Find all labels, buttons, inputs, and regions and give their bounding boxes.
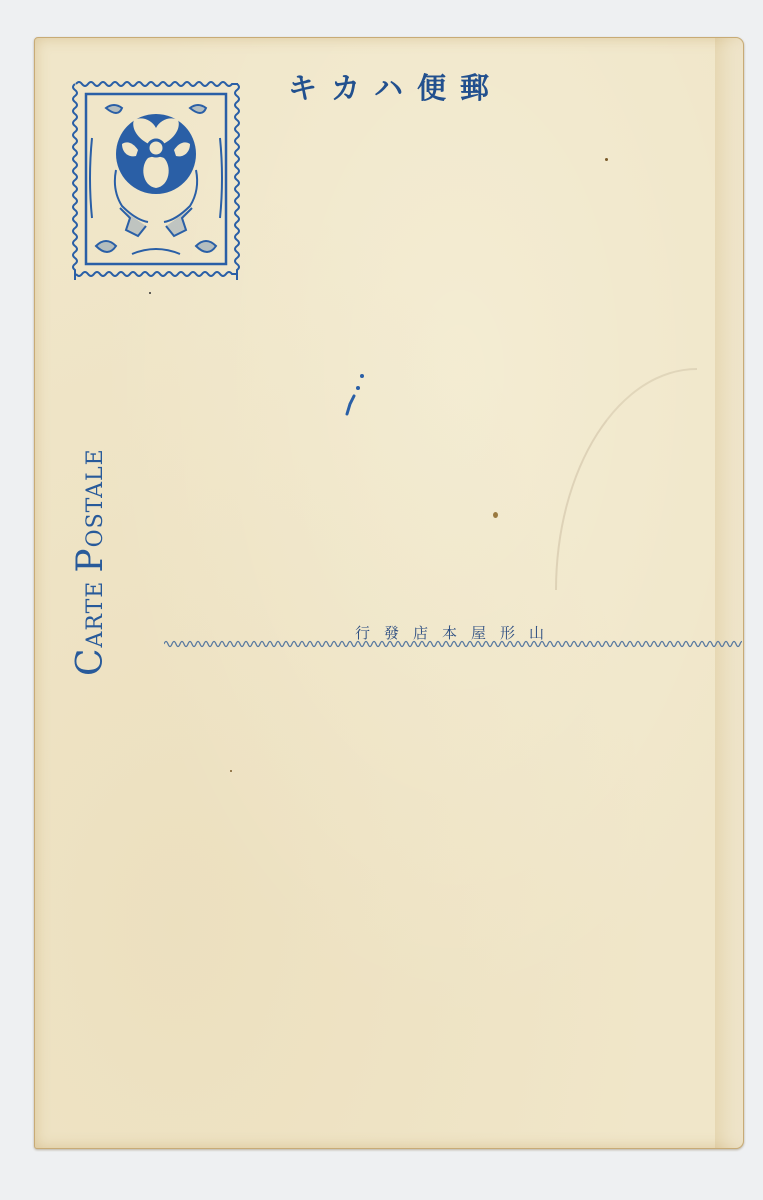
postale-initial: P <box>70 547 111 572</box>
stamp-box <box>72 78 240 280</box>
carte-postale-label: CARTE POSTALE <box>70 448 111 676</box>
postcard-header-title: キカハ便郵 <box>288 66 503 107</box>
paper-speck <box>149 292 151 294</box>
postale-rest: OSTALE <box>83 448 108 547</box>
ink-blot <box>340 370 370 420</box>
carte-initial: C <box>70 647 111 676</box>
paper-speck <box>493 512 498 518</box>
carte-rest: ARTE <box>83 573 108 648</box>
paper-speck <box>605 158 608 161</box>
postal-emblem-icon <box>116 114 196 194</box>
wavy-divider <box>164 638 742 650</box>
paper-crease <box>555 368 697 590</box>
paper-speck <box>230 770 232 772</box>
